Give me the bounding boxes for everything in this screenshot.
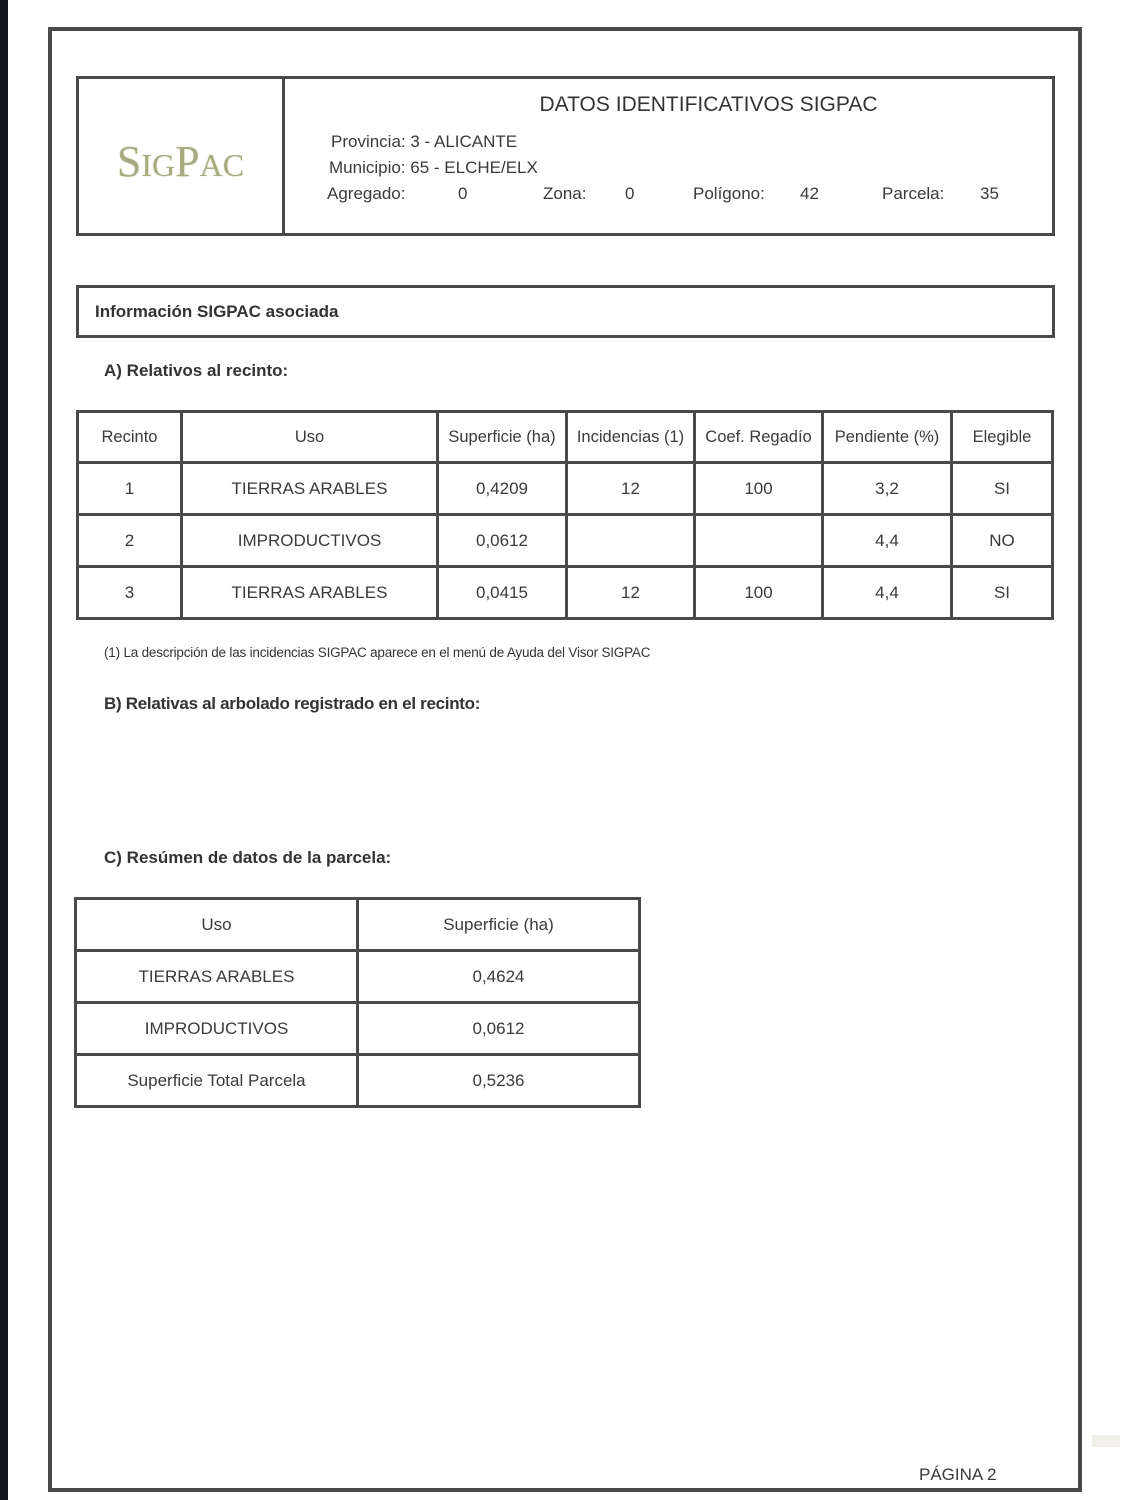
column-header: Recinto <box>78 412 182 463</box>
agregado-label: Agregado: <box>327 184 405 204</box>
recinto-cell: 2 <box>78 515 182 567</box>
column-header: Pendiente (%) <box>823 412 952 463</box>
municipio-value: 65 - ELCHE/ELX <box>410 158 538 177</box>
table-row: 1 TIERRAS ARABLES 0,4209 12 100 3,2 SI <box>78 463 1053 515</box>
recinto-table: Recinto Uso Superficie (ha) Incidencias … <box>76 410 1054 620</box>
uso-cell: IMPRODUCTIVOS <box>76 1003 358 1055</box>
section-a-title: A) Relativos al recinto: <box>104 361 288 381</box>
agregado-value: 0 <box>458 184 467 204</box>
table-row: 3 TIERRAS ARABLES 0,0415 12 100 4,4 SI <box>78 567 1053 619</box>
total-value-cell: 0,5236 <box>358 1055 640 1107</box>
elegible-cell: SI <box>952 567 1053 619</box>
scan-edge <box>0 0 8 1500</box>
section-c-title: C) Resúmen de datos de la parcela: <box>104 848 391 868</box>
parcela-value: 35 <box>980 184 999 204</box>
pendiente-cell: 4,4 <box>823 515 952 567</box>
column-header: Uso <box>182 412 438 463</box>
recinto-cell: 3 <box>78 567 182 619</box>
pendiente-cell: 4,4 <box>823 567 952 619</box>
superficie-cell: 0,4624 <box>358 951 640 1003</box>
section-b-title: B) Relativas al arbolado registrado en e… <box>104 694 480 714</box>
uso-cell: IMPRODUCTIVOS <box>182 515 438 567</box>
identification-data: DATOS IDENTIFICATIVOS SIGPAC Provincia: … <box>285 79 1052 233</box>
superficie-cell: 0,0415 <box>438 567 567 619</box>
zona-label: Zona: <box>543 184 586 204</box>
identification-header: SIGPAC DATOS IDENTIFICATIVOS SIGPAC Prov… <box>76 76 1055 236</box>
elegible-cell: NO <box>952 515 1053 567</box>
column-header: Uso <box>76 899 358 951</box>
table-row: IMPRODUCTIVOS 0,0612 <box>76 1003 640 1055</box>
scan-smudge <box>1092 1435 1120 1447</box>
superficie-cell: 0,0612 <box>358 1003 640 1055</box>
zona-value: 0 <box>625 184 634 204</box>
superficie-cell: 0,4209 <box>438 463 567 515</box>
page-frame <box>48 27 1082 1492</box>
incidencias-cell: 12 <box>567 463 695 515</box>
provincia-label: Provincia: <box>331 132 406 152</box>
provincia-row: Provincia: 3 - ALICANTE <box>331 132 517 152</box>
pendiente-cell: 3,2 <box>823 463 952 515</box>
column-header: Superficie (ha) <box>358 899 640 951</box>
column-header: Coef. Regadío <box>695 412 823 463</box>
municipio-row: Municipio: 65 - ELCHE/ELX <box>329 158 538 178</box>
recinto-cell: 1 <box>78 463 182 515</box>
table-row: 2 IMPRODUCTIVOS 0,0612 4,4 NO <box>78 515 1053 567</box>
municipio-label: Municipio: <box>329 158 406 178</box>
column-header: Superficie (ha) <box>438 412 567 463</box>
poligono-value: 42 <box>800 184 819 204</box>
table-row: TIERRAS ARABLES 0,4624 <box>76 951 640 1003</box>
incidencias-cell <box>567 515 695 567</box>
uso-cell: TIERRAS ARABLES <box>182 463 438 515</box>
coef-regadio-cell <box>695 515 823 567</box>
page-number: PÁGINA 2 <box>919 1465 996 1485</box>
uso-cell: TIERRAS ARABLES <box>76 951 358 1003</box>
elegible-cell: SI <box>952 463 1053 515</box>
sigpac-logo: SIGPAC <box>117 126 244 187</box>
provincia-value: 3 - ALICANTE <box>410 132 517 151</box>
poligono-label: Polígono: <box>693 184 765 204</box>
coef-regadio-cell: 100 <box>695 463 823 515</box>
uso-cell: TIERRAS ARABLES <box>182 567 438 619</box>
recinto-header-row: Recinto Uso Superficie (ha) Incidencias … <box>78 412 1053 463</box>
summary-header-row: Uso Superficie (ha) <box>76 899 640 951</box>
column-header: Incidencias (1) <box>567 412 695 463</box>
parcela-label: Parcela: <box>882 184 944 204</box>
parcel-summary-table: Uso Superficie (ha) TIERRAS ARABLES 0,46… <box>74 897 641 1108</box>
column-header: Elegible <box>952 412 1053 463</box>
coef-regadio-cell: 100 <box>695 567 823 619</box>
superficie-cell: 0,0612 <box>438 515 567 567</box>
logo-cell: SIGPAC <box>79 79 285 233</box>
info-section-title: Información SIGPAC asociada <box>76 285 1055 338</box>
header-title: DATOS IDENTIFICATIVOS SIGPAC <box>285 93 1052 117</box>
incidencias-cell: 12 <box>567 567 695 619</box>
total-label-cell: Superficie Total Parcela <box>76 1055 358 1107</box>
table-row: Superficie Total Parcela 0,5236 <box>76 1055 640 1107</box>
incidencias-footnote: (1) La descripción de las incidencias SI… <box>104 645 650 660</box>
